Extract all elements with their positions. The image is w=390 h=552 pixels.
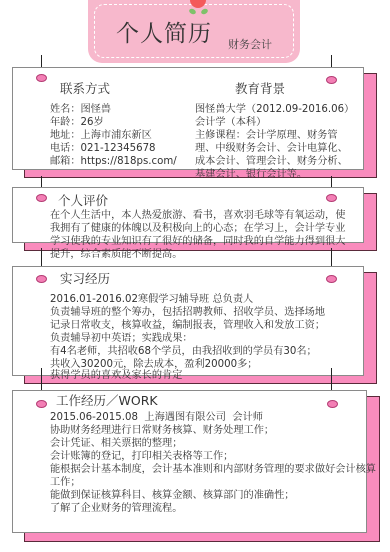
education-line: 基建会计、银行会计等。	[195, 168, 307, 181]
section-title-education: 教育背景	[235, 79, 285, 97]
education-line: 会计学（本科）	[195, 116, 266, 129]
section-title-work: 工作经历／WORK	[56, 391, 158, 409]
pin-icon	[326, 275, 337, 283]
evaluation-line: 学习使我的专业知识有了很好的储备，同时我的自学能力得到很大	[50, 235, 345, 248]
work-line: 2015.06-2015.08 上海遇图有限公司 会计师	[50, 411, 263, 424]
work-line: 能做到保证核算科目、核算金额、核算部门的准确性；	[50, 489, 295, 502]
pin-icon	[36, 275, 47, 283]
evaluation-line: 在个人生活中，本人热爱旅游、看书，喜欢羽毛球等有氧运动，使	[50, 209, 345, 222]
contact-phone: 电话：021-12345678	[50, 142, 156, 155]
page-subtitle: 财务会计	[228, 36, 272, 52]
contact-email: 邮箱：https://818ps.com/	[50, 155, 177, 168]
work-line: 协助财务经理进行日常财务核算、财务处理工作；	[50, 424, 274, 437]
internship-line: 记录日常收支，核算收益，编制报表，管理收入和发放工资；	[50, 319, 325, 332]
section-title-internship: 实习经历	[60, 269, 110, 287]
internship-line: 负责辅导班的整个筹办，包括招聘教师、招收学员、选择场地	[50, 306, 325, 319]
work-line: 了解了企业财务的管理流程。	[50, 502, 182, 515]
resume-header: 个人简历 财务会计	[88, 0, 300, 63]
evaluation-line: 提升，综合素质能不断提高。	[50, 248, 182, 261]
evaluation-line: 我拥有了健康的体魄以及积极向上的心态；在学习上，会计学专业	[50, 222, 345, 235]
work-line: 能根据会计基本制度，会计基本准则和内部财务管理的要求做好会计核算	[50, 463, 376, 476]
work-line: 会计凭证、相关票据的整理；	[50, 437, 182, 450]
internship-line: 负责辅导初中英语；实践成果：	[50, 332, 193, 345]
pin-icon	[326, 194, 337, 202]
page-title: 个人简历	[116, 15, 212, 48]
pin-icon	[326, 76, 337, 84]
pin-icon	[36, 400, 47, 408]
section-title-evaluation: 个人评价	[58, 191, 108, 209]
education-line: 图怪兽大学（2012.09-2016.06）	[195, 103, 354, 116]
pin-icon	[327, 400, 338, 408]
work-line: 工作；	[50, 476, 81, 489]
internship-line: 2016.01-2016.02寒假学习辅导班 总负责人	[50, 293, 253, 306]
contact-address: 地址：上海市浦东新区	[50, 129, 152, 142]
internship-line: 有4名老师，共招收68个学员，由我招收到的学员有30名；	[50, 345, 317, 358]
pin-icon	[36, 74, 47, 82]
pin-icon	[36, 194, 47, 202]
education-line: 理、中级财务会计、会计电算化、	[195, 142, 348, 155]
work-line: 会计账簿的登记，打印相关表格等工作；	[50, 450, 233, 463]
contact-age: 年龄：26岁	[50, 116, 104, 129]
section-title-contact: 联系方式	[60, 79, 110, 97]
contact-name: 姓名：图怪兽	[50, 103, 111, 116]
education-line: 主修课程：会计学原理、财务管	[195, 129, 338, 142]
education-line: 成本会计、管理会计、财务分析、	[195, 155, 348, 168]
internship-line: 获得学员的喜欢及家长的肯定	[50, 369, 182, 382]
